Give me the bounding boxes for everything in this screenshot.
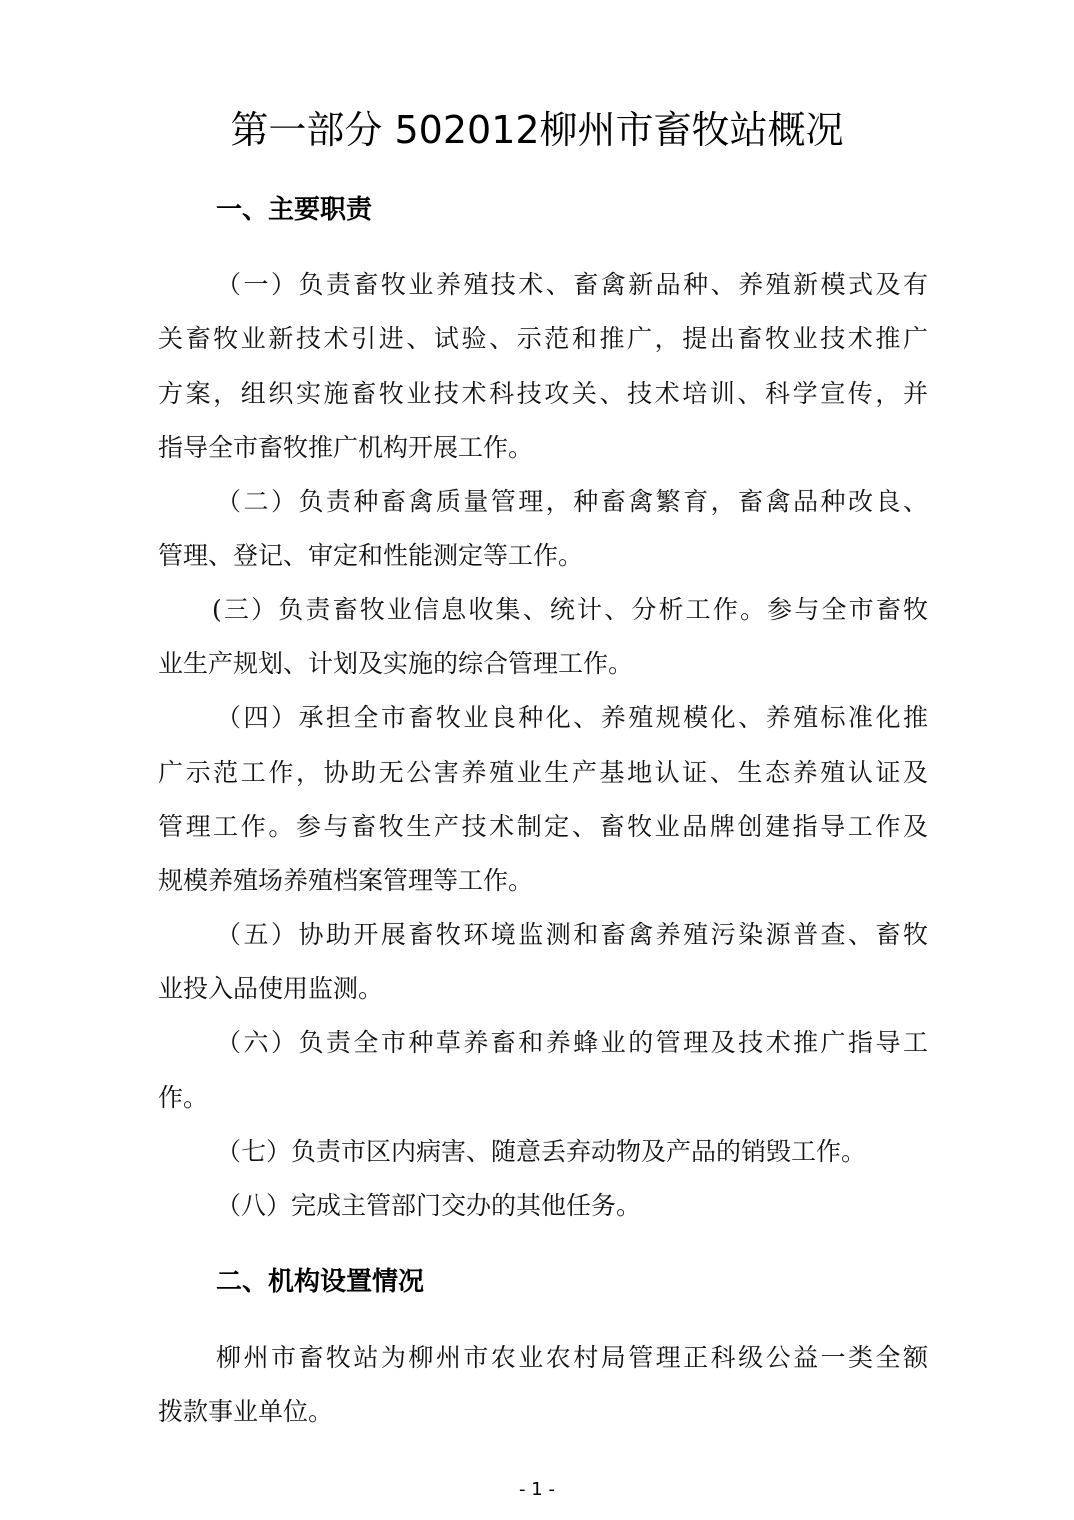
paragraph-line: 规模养殖场养殖档案管理等工作。 — [158, 863, 533, 899]
page-number: - 1 - — [0, 1478, 1074, 1502]
section-heading-organization: 二、机构设置情况 — [216, 1262, 424, 1302]
paragraph-line: （五）协助开展畜牧环境监测和畜禽养殖污染源普查、畜牧 — [216, 917, 928, 953]
paragraph-line: 柳州市畜牧站为柳州市农业农村局管理正科级公益一类全额 — [216, 1340, 928, 1376]
page-title: 第一部分 502012柳州市畜牧站概况 — [0, 102, 1074, 158]
paragraph-line: 业投入品使用监测。 — [158, 971, 383, 1007]
paragraph-line: 广示范工作，协助无公害养殖业生产基地认证、生态养殖认证及 — [158, 755, 928, 791]
paragraph-line: 作。 — [158, 1080, 208, 1116]
paragraph-line: 业生产规划、计划及实施的综合管理工作。 — [158, 646, 633, 682]
document-page: 第一部分 502012柳州市畜牧站概况 一、主要职责 （一）负责畜牧业养殖技术、… — [0, 0, 1074, 1520]
paragraph-line: （二）负责种畜禽质量管理，种畜禽繁育，畜禽品种改良、 — [216, 484, 928, 520]
paragraph-line: 方案，组织实施畜牧业技术科技攻关、技术培训、科学宣传，并 — [158, 376, 928, 412]
paragraph-line: （八）完成主管部门交办的其他任务。 — [216, 1188, 641, 1224]
paragraph-line: 关畜牧业新技术引进、试验、示范和推广，提出畜牧业技术推广 — [158, 321, 928, 357]
paragraph-line: 指导全市畜牧推广机构开展工作。 — [158, 430, 533, 466]
paragraph-line: （一）负责畜牧业养殖技术、畜禽新品种、养殖新模式及有 — [216, 267, 928, 303]
paragraph-line: （四）承担全市畜牧业良种化、养殖规模化、养殖标准化推 — [216, 700, 928, 736]
paragraph-line: 管理、登记、审定和性能测定等工作。 — [158, 538, 583, 574]
section-heading-duties: 一、主要职责 — [216, 190, 372, 230]
paragraph-line: （六）负责全市种草养畜和养蜂业的管理及技术推广指导工 — [216, 1025, 928, 1061]
paragraph-line: 管理工作。参与畜牧生产技术制定、畜牧业品牌创建指导工作及 — [158, 809, 928, 845]
paragraph-line: 拨款事业单位。 — [158, 1394, 333, 1430]
paragraph-line: (三）负责畜牧业信息收集、统计、分析工作。参与全市畜牧 — [212, 592, 928, 628]
paragraph-line: （七）负责市区内病害、随意丢弃动物及产品的销毁工作。 — [216, 1134, 866, 1170]
